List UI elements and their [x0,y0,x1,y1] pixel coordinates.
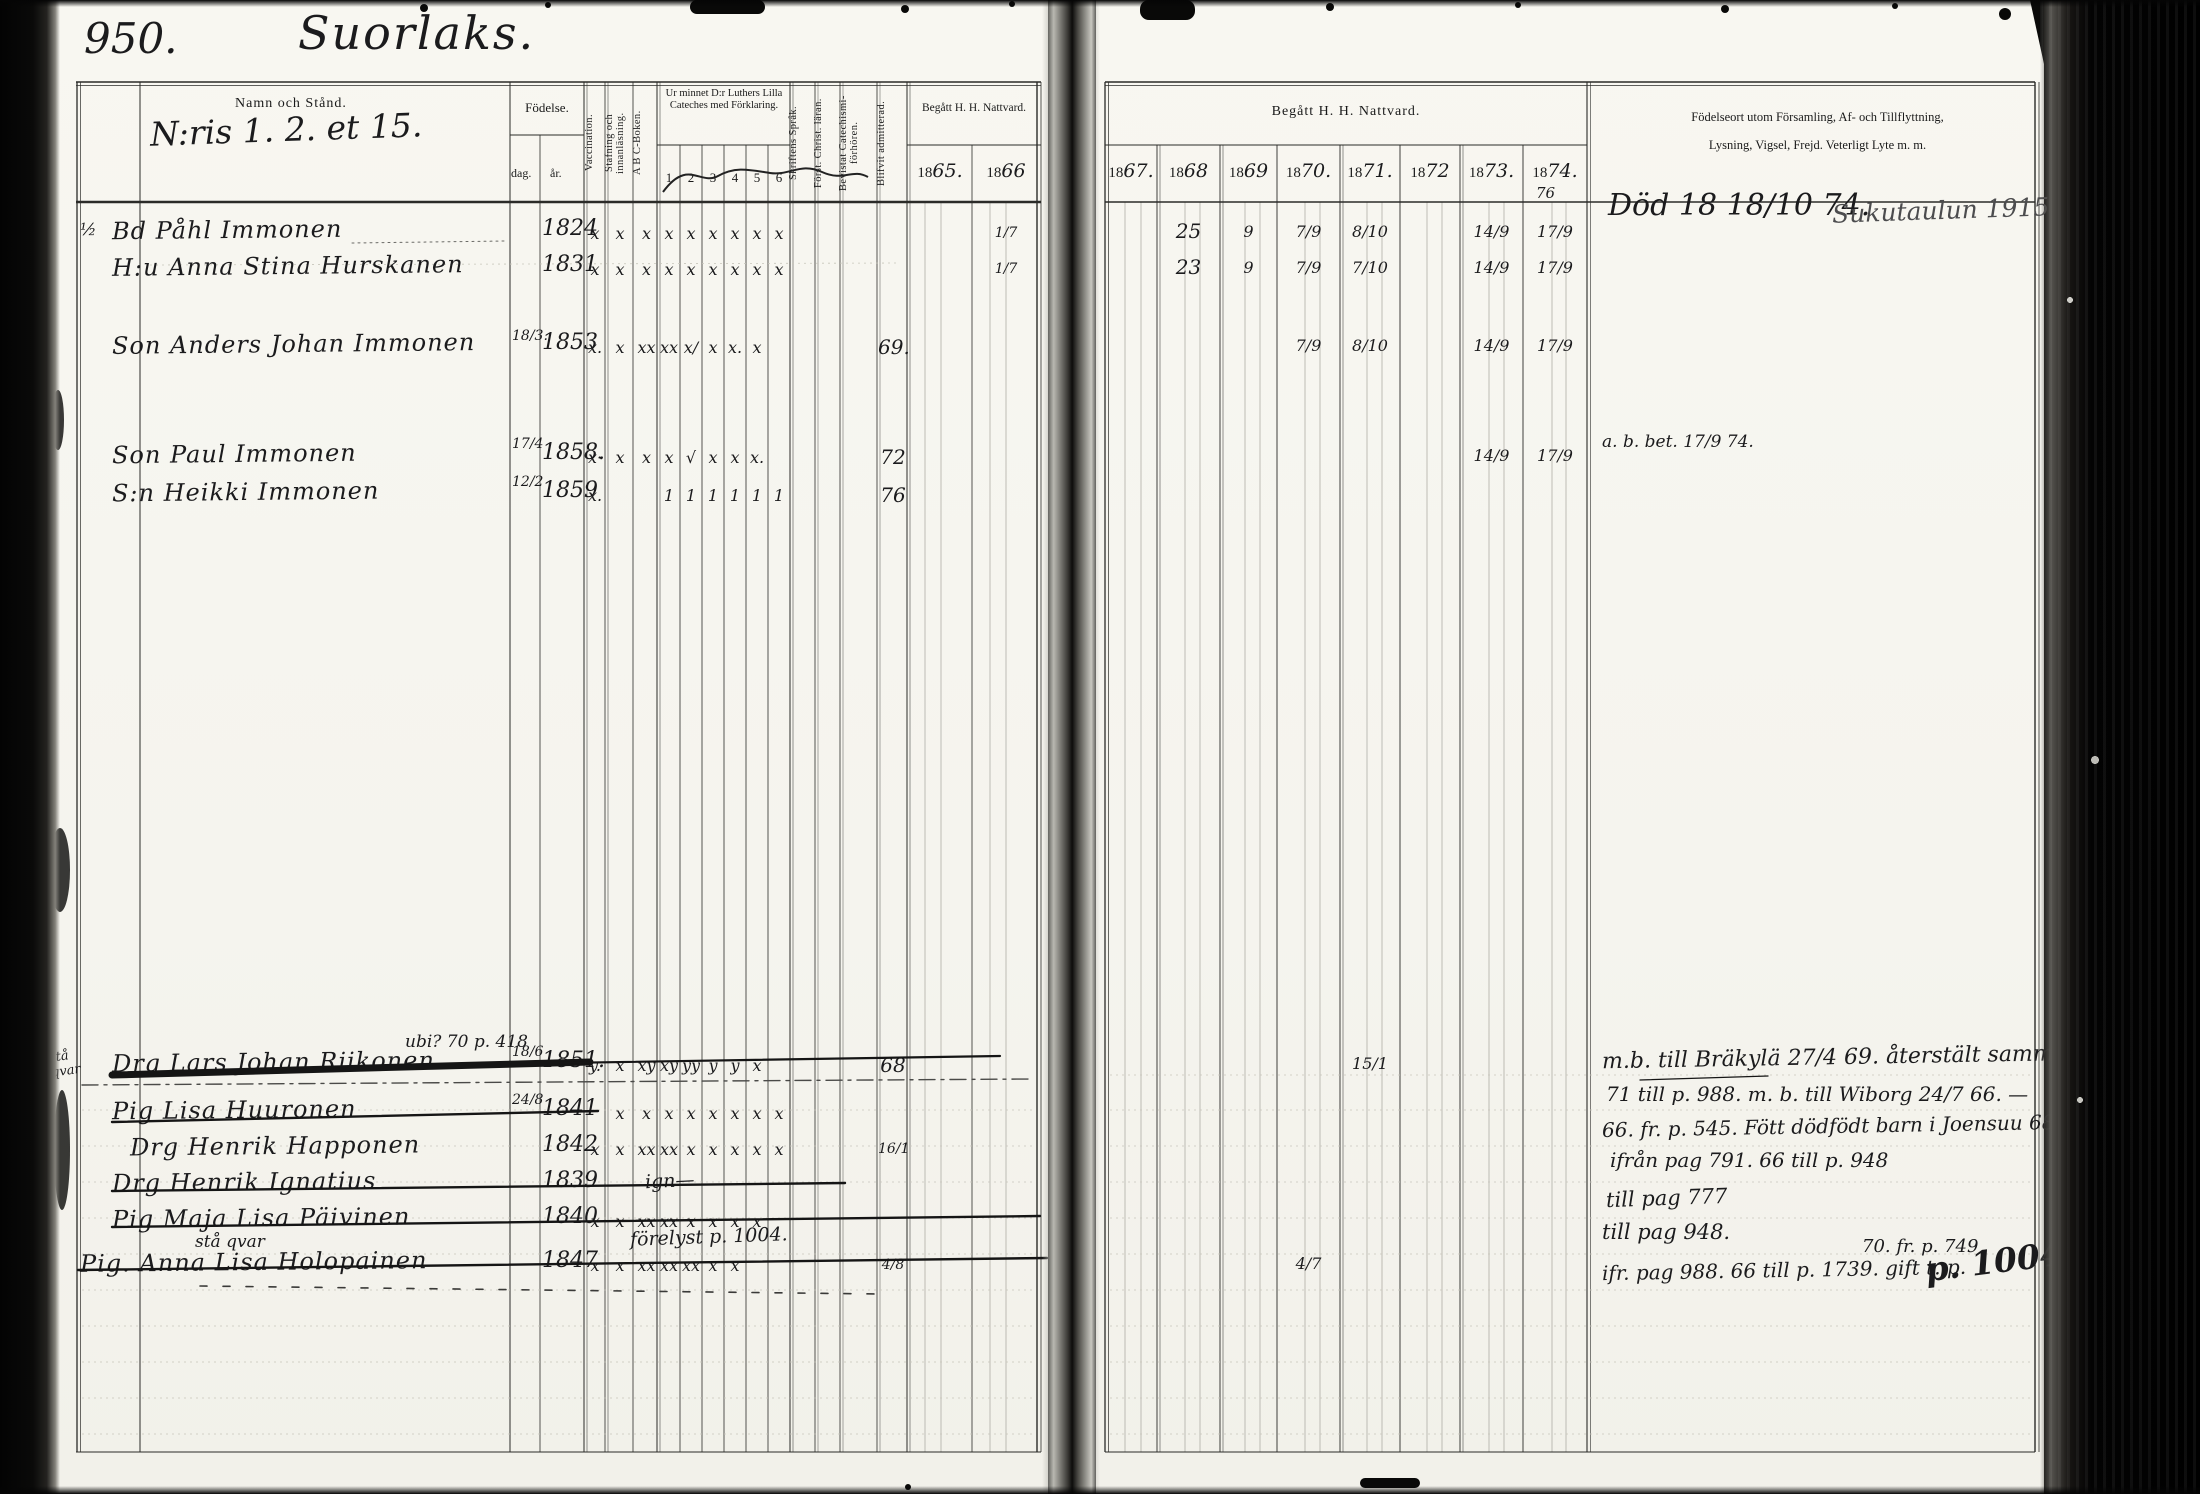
mark-cell: x [702,224,724,243]
mark-cell: x [724,224,746,243]
column-header-communion-right: Begått H. H. Nattvard. [1105,104,1587,120]
mark-cell: xx [658,1256,680,1275]
column-header-abc-book: A B C-Boken. [632,87,656,199]
communion-year-cell: 14/9 [1460,336,1523,355]
catechism-col-1: 1 [658,170,680,186]
mark-cell: x [635,224,658,243]
mark-cell: x [605,224,635,243]
year-prefix: 18 [986,165,1001,181]
column-header-attended-catechism: Bevistat Catechismi-förhören. [838,87,876,199]
year-prefix: 18 [1108,165,1123,181]
mark-cell: x [658,1104,680,1123]
row-marks: x·xxx√xxx.72 [585,444,1040,470]
mark-cell: x [702,338,724,357]
row-marks: x.11111176 [585,482,1040,508]
communion-year-cell: 17/9 [1523,446,1587,465]
mark-cell: x [635,448,658,467]
communion-year-cell: 23 [1157,255,1220,279]
row-name: Drg Lars Johan Riikonen [112,1046,435,1077]
migration-note: till pag 948. [1602,1220,1730,1244]
mark-cell: 1 [724,486,746,505]
mark-cell: 1 [658,486,680,505]
year-header-1866: 1866 [972,160,1040,182]
year-header-1869: 1869 [1220,160,1277,182]
year-suffix: 74. [1547,160,1577,182]
row-name: Drg Henrik Happonen [130,1130,420,1161]
mark-cell: x [585,260,605,279]
mark-cell: x [605,1256,635,1275]
row-name: Pig Lisa Huuronen [112,1095,357,1126]
communion-year-cell: 4/7 [1277,1254,1340,1273]
year-suffix: 72 [1425,160,1449,182]
row-marks: x.xxxxxx/xx.x69. [585,334,1040,360]
birth-day: 18/3. [512,330,542,343]
year-suffix: 65. [932,160,962,182]
catechism-col-3: 3 [702,170,724,186]
year-suffix: 73. [1484,160,1514,182]
year-header-1872: 1872 [1400,160,1460,182]
year-header-1874: 1874. [1523,160,1587,182]
mark-cell: x [702,1140,724,1159]
scan-edge-right [2040,0,2200,1494]
column-header-vaccination: Vaccination. [584,87,604,199]
page-number: 950. [84,14,178,63]
catechism-col-5: 5 [746,170,768,186]
scan-edge-top [0,0,2200,7]
mark-cell: x [680,1104,702,1123]
mark-cell: x [768,1104,790,1123]
scanned-parish-register-spread: 950. Suorlaks. Namn och Stånd. N:ris 1. … [0,0,2200,1494]
mark-cell: x [746,338,768,357]
row-name: Pig. Anna Lisa Holopainen [80,1246,428,1278]
mark-cell: yy [680,1056,702,1075]
communion-year-cell: 7/9 [1277,258,1340,277]
mark-cell: x [635,1104,658,1123]
year-suffix: 68 [1184,160,1208,182]
mark-cell: x [702,1104,724,1123]
mark-cell: x [724,260,746,279]
mark-cell: x [605,1104,635,1123]
birth-day: 12/2 [512,476,542,489]
row-name: Drg Henrik Ignatius [112,1167,377,1198]
mark-cell: x [746,224,768,243]
birth-year: 1839 [542,1168,598,1193]
year-prefix: 18 [1347,165,1362,181]
year-prefix: 18 [1410,165,1425,181]
column-header-admitted: Blifvit admitterad. [876,87,906,199]
birth-day: 24/8 [512,1094,542,1107]
migration-note: 71 till p. 988. m. b. till Wiborg 24/7 6… [1606,1082,2028,1106]
year-suffix: 66 [1001,160,1025,182]
column-header-year: år. [550,166,562,181]
mark-cell: x [605,448,635,467]
mark-cell: x [746,260,768,279]
mark-cell: x· [585,448,605,467]
mark-cell: x [658,260,680,279]
communion-year-cell: 9 [1220,222,1277,241]
mark-cell: x [658,448,680,467]
row-name: H:u Anna Stina Hurskanen [112,250,464,282]
mark-cell: x [635,260,658,279]
mark-cell: xx [635,1140,658,1159]
row-marks: xxxxxxxxxx4/8 [585,1252,1040,1278]
column-header-info-line1: Födelseort utom Församling, Af- och Till… [1600,110,2035,125]
year-header-1871: 1871. [1340,160,1400,182]
mark-cell: x [768,260,790,279]
mark-cell: x. [585,486,605,505]
admitted-year: 4/8 [878,1257,908,1273]
mark-cell: 1 [680,486,702,505]
admitted-year: 76 [878,483,908,507]
catechism-col-4: 4 [724,170,746,186]
year-prefix: 18 [917,165,932,181]
mark-cell: 1 [746,486,768,505]
column-header-christian-doctrine: Först. Christ. läran. [813,87,839,199]
mark-cell: y [702,1056,724,1075]
margin-mark: ½ [80,220,96,240]
mark-cell: xx [635,1256,658,1275]
row-communion-years: 14/917/9 [1105,442,1587,468]
row-name: Son Paul Immonen [112,439,357,470]
column-header-info-line2: Lysning, Vigsel, Frejd. Veterligt Lyte m… [1600,138,2035,153]
mark-cell: x. [746,448,768,467]
mark-cell: x [724,1140,746,1159]
certificate-note: a. b. bet. 17/9 74. [1602,432,1754,452]
row-name: Bd Påhl Immonen [112,215,343,245]
mark-cell: x [680,224,702,243]
birth-day: 17/4 [512,438,542,451]
column-header-birth: Födelse. [510,100,584,116]
communion-year-cell: 7/9 [1277,336,1340,355]
mark-cell: xx [680,1256,702,1275]
mark-cell: x [605,1056,635,1075]
birth-day: 18/6 [512,1046,542,1059]
mark-cell: √ [680,448,702,467]
mark-cell: y [724,1056,746,1075]
mark-cell: x [585,1256,605,1275]
mark-cell: x. [585,338,605,357]
year-prefix: 18 [1532,165,1547,181]
mark-cell: x [702,448,724,467]
year-header-1876-extra: 76 [1536,184,1555,202]
communion-year-cell: 25 [1157,219,1220,243]
mark-cell: xy [658,1056,680,1075]
row-communion-years: 2597/98/1014/917/9 [1105,218,1587,244]
admitted-year: 16/1 [878,1141,908,1157]
communion-year-cell: 7/10 [1340,258,1400,277]
row-communion-years: 2397/97/1014/917/9 [1105,254,1587,280]
row-communion-years: 7/98/1014/917/9 [1105,332,1587,358]
book-spine-shadow [1042,0,1100,1494]
communion-year-cell: 8/10 [1340,222,1400,241]
mark-cell: x [768,1140,790,1159]
admitted-year: 72 [878,445,908,469]
year-suffix: 71. [1362,160,1392,182]
year-suffix: 69 [1244,160,1268,182]
communion-year-cell: 14/9 [1460,222,1523,241]
year-header-1867: 1867. [1105,160,1157,182]
row-marks: y.xxyxyyyyyx68 [585,1052,1040,1078]
mark-cell: x [746,1140,768,1159]
mark-cell: x [658,224,680,243]
column-header-scripture-language: Skriftens Språk. [788,87,814,199]
mark-cell: x [702,1256,724,1275]
mark-cell: x [724,1256,746,1275]
year-suffix: 67. [1123,160,1153,182]
mark-cell: x [585,1212,605,1231]
year-prefix: 18 [1286,165,1301,181]
mark-cell: y. [585,1056,605,1075]
communion-year-cell: 7/9 [1277,222,1340,241]
row-communion-years: 4/7 [1105,1250,1587,1276]
mark-cell: x [605,338,635,357]
mark-cell: x [605,260,635,279]
communion-1866: 1/7 [972,225,1040,241]
scan-edge-bottom [0,1486,2200,1494]
mark-cell: x [746,1104,768,1123]
mark-cell: x [585,224,605,243]
column-header-spelling-reading: Stafning och innanläsning. [604,87,633,199]
year-suffix: 70. [1301,160,1331,182]
mark-cell: 1 [702,486,724,505]
migration-note: till pag 777 [1606,1184,1728,1212]
mark-cell: x [605,1140,635,1159]
mark-cell: x [746,1056,768,1075]
mark-cell: xx [658,1140,680,1159]
row-marks: xxxxxxxxx1/7 [585,256,1040,282]
mark-cell: 1 [768,486,790,505]
communion-year-cell: 15/1 [1340,1054,1400,1073]
mark-cell: x [724,448,746,467]
village-title: Suorlaks. [298,6,535,60]
year-prefix: 18 [1229,165,1244,181]
row-name: S:n Heikki Immonen [112,477,380,508]
year-header-1873: 1873. [1460,160,1523,182]
communion-year-cell: 17/9 [1523,222,1587,241]
row-marks: xxxxxxxxxxx16/1 [585,1136,1040,1162]
year-header-1868: 1868 [1157,160,1220,182]
mark-cell: x/ [680,338,702,357]
column-header-day: dag. [511,166,531,181]
communion-1866: 1/7 [972,261,1040,277]
row-marks: xxxxxxxx [585,1100,1040,1126]
mark-cell: x [702,260,724,279]
catechism-col-6: 6 [768,170,790,186]
mark-cell: xx [658,338,680,357]
mark-cell: x [724,1104,746,1123]
admitted-year: 68 [878,1053,908,1077]
migration-note: ifrån pag 791. 66 till p. 948 [1610,1148,1888,1172]
mark-cell: xx [635,338,658,357]
catechism-col-2: 2 [680,170,702,186]
year-prefix: 18 [1469,165,1484,181]
mark-cell: x [768,224,790,243]
handwritten-scrawl: ign— [644,1169,695,1194]
communion-year-cell: 17/9 [1523,336,1587,355]
admitted-year: 69. [878,335,908,359]
mark-cell: x [680,260,702,279]
communion-year-cell: 14/9 [1460,446,1523,465]
year-header-1870: 1870. [1277,160,1340,182]
mark-cell: x. [724,338,746,357]
communion-year-cell: 14/9 [1460,258,1523,277]
row-name: Pig Maja Lisa Päivinen [112,1202,411,1233]
row-communion-years: 15/1 [1105,1050,1587,1076]
scan-edge-left [0,0,60,1494]
communion-year-cell: 9 [1220,258,1277,277]
year-header-1865: 1865. [908,160,972,182]
mark-cell: xy [635,1056,658,1075]
year-prefix: 18 [1169,165,1184,181]
mark-cell: x [605,1212,635,1231]
column-header-catechism: Ur minnet D:r Luthers Lilla Cateches med… [659,88,789,112]
communion-year-cell: 17/9 [1523,258,1587,277]
mark-cell: x [585,1140,605,1159]
row-name: Son Anders Johan Immonen [112,328,476,360]
row-marks: xxxxxxxxx1/7 [585,220,1040,246]
communion-year-cell: 8/10 [1340,336,1400,355]
column-header-communion-left: Begått H. H. Nattvard. [908,102,1040,115]
mark-cell: x [680,1140,702,1159]
